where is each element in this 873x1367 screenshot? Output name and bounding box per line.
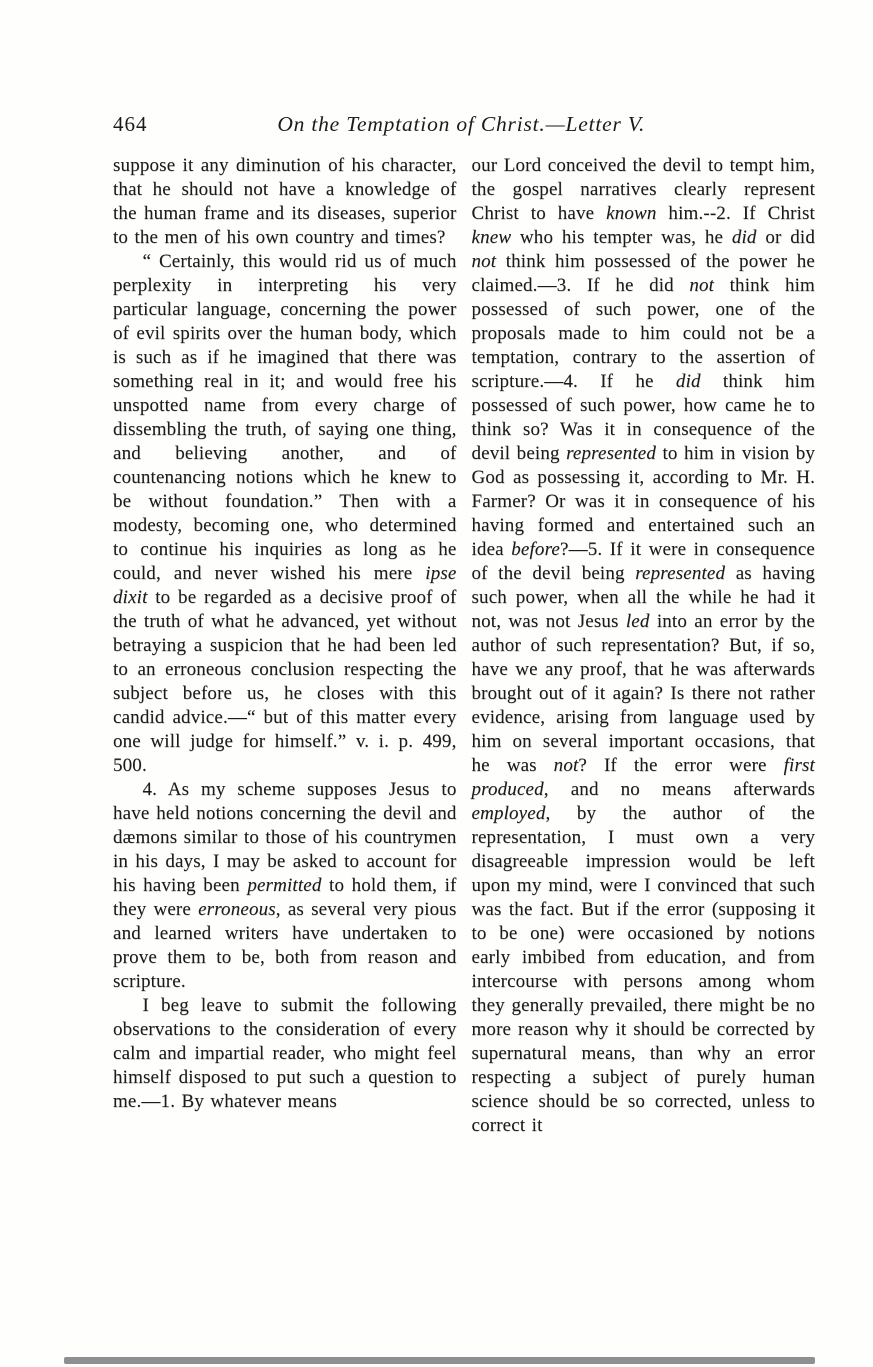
text-run: ? If the error were [578,755,783,776]
text-run: not [472,251,497,272]
text-run: “ Certainly, this would rid us of much p… [113,251,457,584]
text-run: him.--2. If Christ [657,203,815,224]
text-run: employed [472,803,546,824]
right-column: our Lord conceived the devil to tempt hi… [472,154,816,1138]
text-run: represented [635,563,725,584]
text-run: before [511,539,560,560]
text-run: I beg leave to submit the following obse… [113,995,457,1112]
text-run: or did [757,227,815,248]
paragraph: our Lord conceived the devil to tempt hi… [472,154,816,1138]
text-run: not [689,275,714,296]
running-title: On the Temptation of Christ.—Letter V. [148,112,816,137]
page-header: 464 On the Temptation of Christ.—Letter … [113,112,815,146]
text-run: , by the author of the representation, I… [472,803,816,1136]
scan-edge-artifact [64,1357,815,1364]
paragraph: suppose it any diminution of his charact… [113,154,457,250]
text-run: led [626,611,650,632]
text-run: represented [566,443,656,464]
document-page: 464 On the Temptation of Christ.—Letter … [0,0,873,1367]
text-run: , and no means afterwards [544,779,815,800]
text-run: who his tempter was, he [511,227,732,248]
text-run: not [554,755,579,776]
page-content: 464 On the Temptation of Christ.—Letter … [113,112,815,1138]
text-run: did [732,227,757,248]
paragraph: 4. As my scheme supposes Jesus to have h… [113,778,457,994]
text-run: did [676,371,701,392]
page-number: 464 [113,112,148,137]
paragraph: I beg leave to submit the following obse… [113,994,457,1114]
text-run: into an error by the author of such repr… [472,611,816,776]
text-run: suppose it any diminution of his charact… [113,155,457,248]
text-run: permitted [247,875,321,896]
text-run: to be regarded as a decisive proof of th… [113,587,457,776]
text-columns: suppose it any diminution of his charact… [113,154,815,1138]
text-run: erroneous [198,899,276,920]
paragraph: “ Certainly, this would rid us of much p… [113,250,457,778]
text-run: known [606,203,656,224]
text-run: knew [472,227,512,248]
left-column: suppose it any diminution of his charact… [113,154,457,1138]
